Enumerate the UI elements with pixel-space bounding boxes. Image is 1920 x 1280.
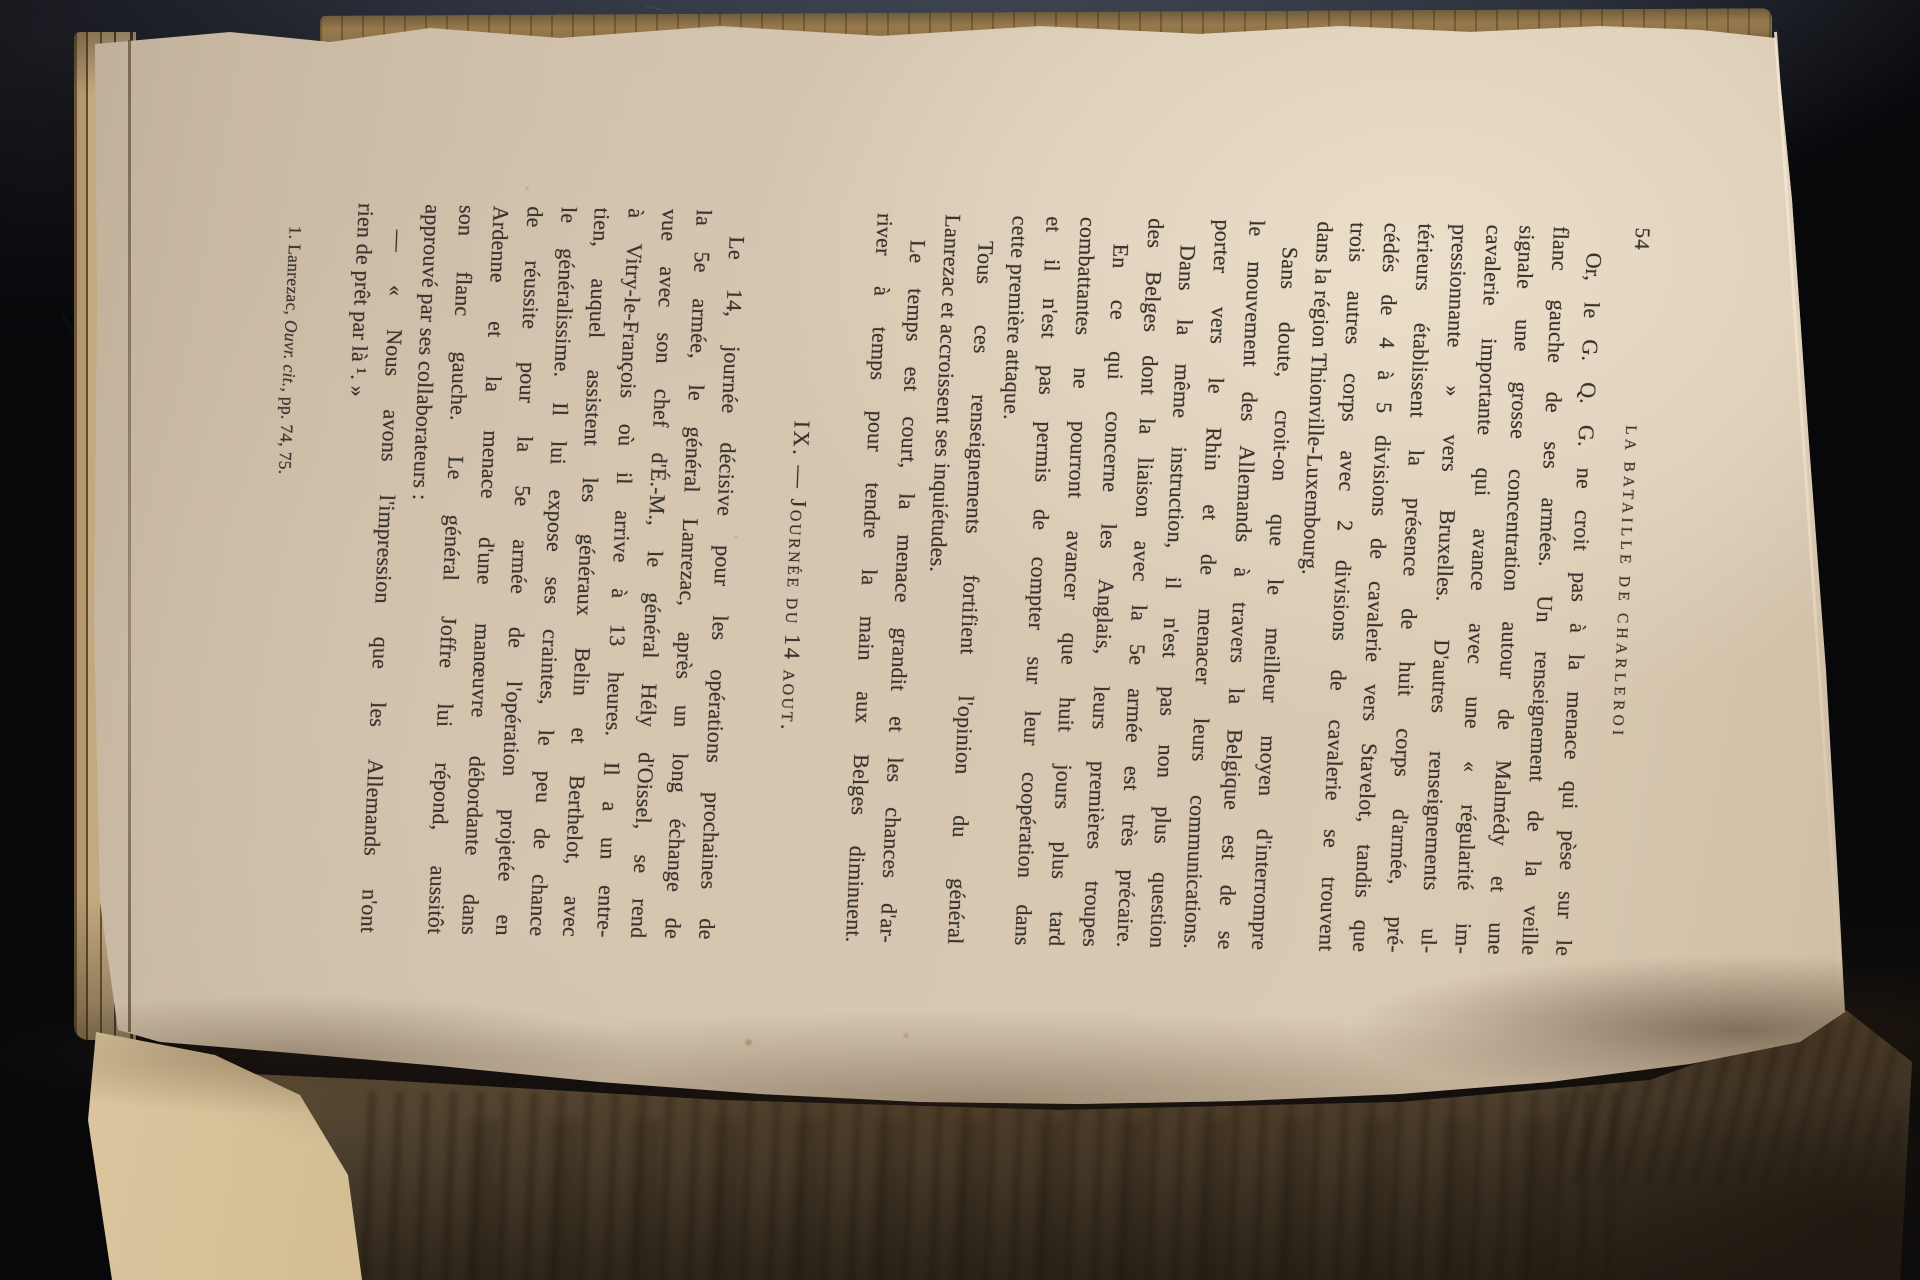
book-photograph: 54 LA BATAILLE DE CHARLEROI Or, le G. Q.… [0,0,1920,1280]
gutter-shadow [0,0,1920,1280]
